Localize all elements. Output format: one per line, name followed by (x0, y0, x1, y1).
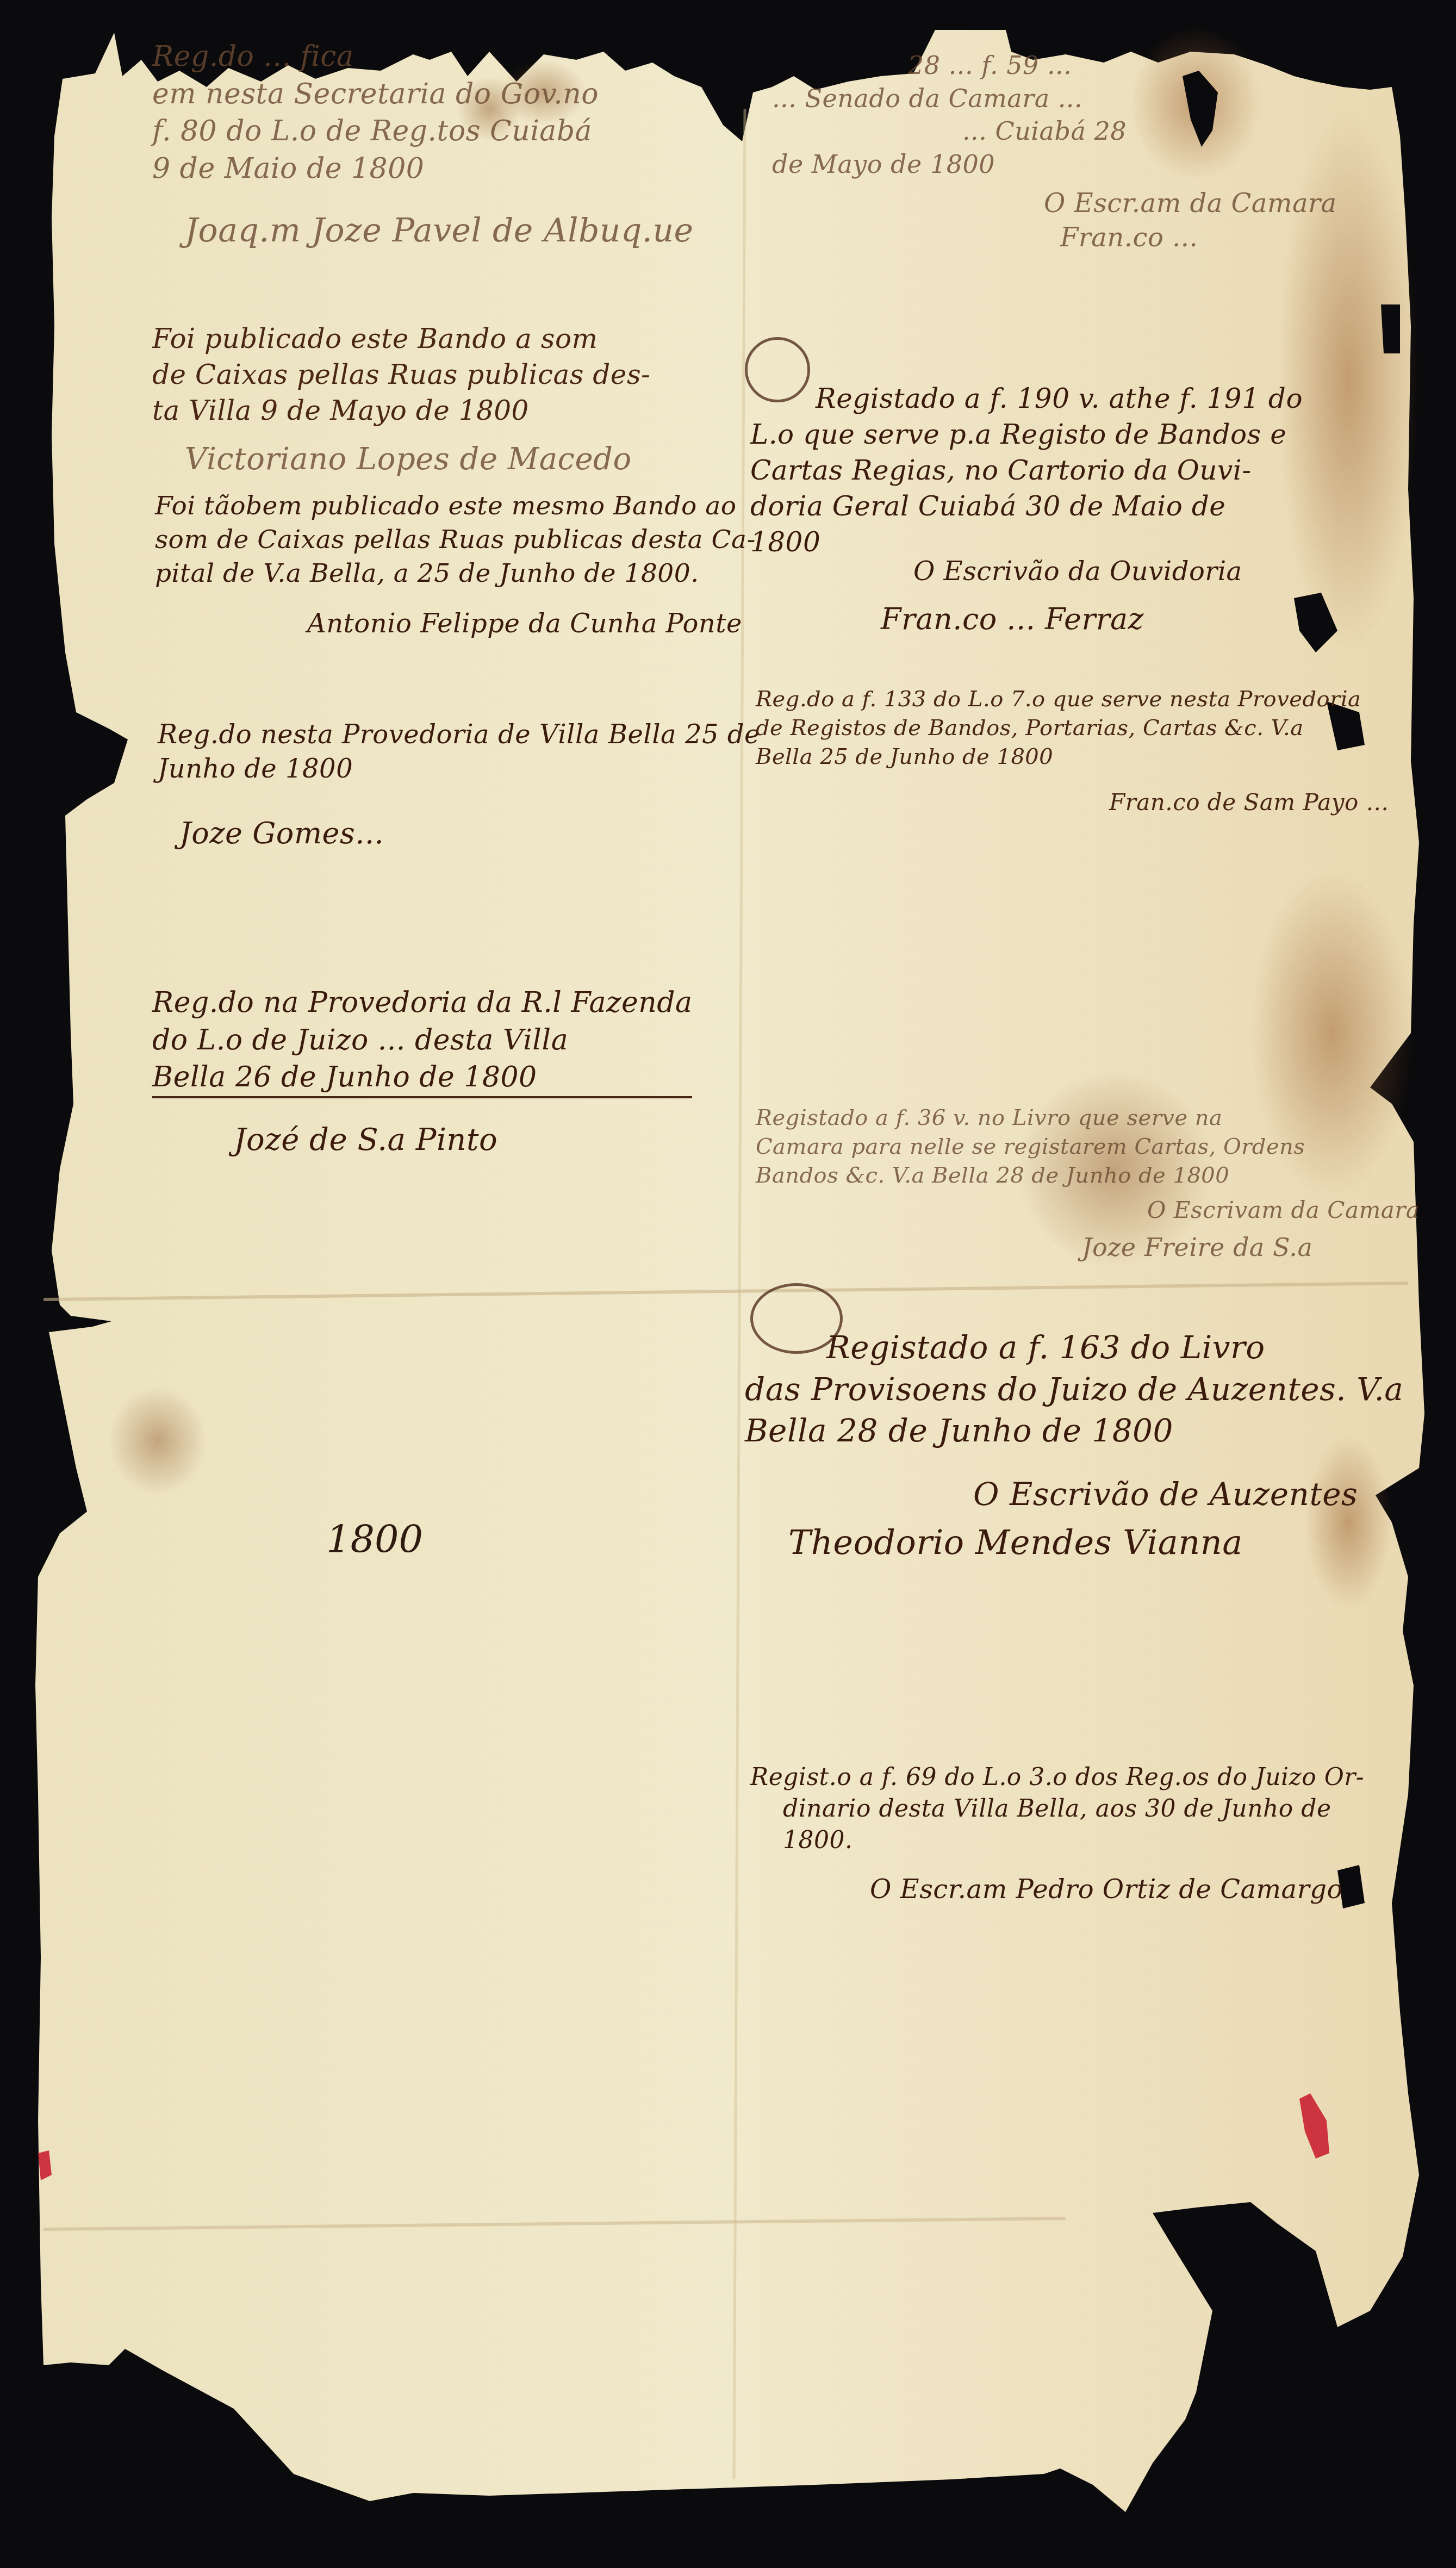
entry-line: Bella 28 de Junho de 1800 (745, 1410, 1403, 1452)
entry-line: Registado a f. 36 v. no Livro que serve … (756, 1104, 1420, 1133)
entry-line: das Provisoens do Juizo de Auzentes. V.a (745, 1369, 1403, 1410)
entry-line: Bandos &c. V.a Bella 28 de Junho de 1800 (756, 1161, 1420, 1190)
signature: O Escr.am Pedro Ortiz de Camargo (870, 1873, 1364, 1907)
entry-line: 1800. (783, 1825, 1364, 1856)
signature: Joaq.m Joze Pavel de Albuq.ue (185, 209, 694, 252)
entry-line: Foi publicado este Bando a som (152, 321, 650, 357)
entry-line: Regist.o a f. 69 do L.o 3.o dos Reg.os d… (750, 1762, 1364, 1793)
entry-line: Reg.do a f. 133 do L.o 7.o que serve nes… (756, 685, 1389, 714)
entry-line: pital de V.a Bella, a 25 de Junho de 180… (155, 557, 756, 590)
entry-line: ta Villa 9 de Mayo de 1800 (152, 393, 650, 428)
entry-line: ... Cuiabá 28 (962, 115, 1337, 148)
right-entry-juizo-ordinario: Regist.o a f. 69 do L.o 3.o dos Reg.os d… (750, 1762, 1364, 1907)
entry-line: Junho de 1800 (158, 752, 760, 786)
left-entry-provedoria-26-june: Reg.do na Provedoria da R.l Fazenda do L… (152, 984, 692, 1160)
entry-line: Registado a f. 190 v. athe f. 191 do (816, 381, 1303, 416)
right-entry-juizo-auzentes: Registado a f. 163 do Livro das Provisoe… (745, 1327, 1403, 1565)
signature-title: O Escrivam da Camara (1147, 1195, 1420, 1225)
left-entry-bando-published-june: Foi tãobem publicado este mesmo Bando ao… (155, 489, 756, 641)
right-entry-camara-registo: Registado a f. 36 v. no Livro que serve … (756, 1104, 1420, 1264)
left-entry-provedoria-25-june: Reg.do nesta Provedoria de Villa Bella 2… (158, 718, 760, 853)
signature: Fran.co ... Ferraz (881, 600, 1303, 638)
signature: Fran.co ... (1060, 221, 1337, 255)
entry-line: do L.o de Juizo ... desta Villa (152, 1022, 692, 1059)
entry-line: Cartas Regias, no Cartorio da Ouvi- (750, 452, 1303, 488)
entry-line: Registado a f. 163 do Livro (826, 1327, 1403, 1369)
signature: Jozé de S.a Pinto (234, 1120, 692, 1160)
entry-line: 9 de Maio de 1800 (152, 150, 694, 188)
entry-line: de Mayo de 1800 (772, 148, 1337, 181)
entry-line: de Registos de Bandos, Portarias, Cartas… (756, 714, 1389, 743)
entry-line: 28 ... f. 59 ... (908, 49, 1337, 82)
entry-line: Foi tãobem publicado este mesmo Bando ao (155, 489, 756, 523)
entry-line: em nesta Secretaria do Gov.no (152, 76, 694, 113)
signature-title: O Escr.am da Camara (1044, 186, 1337, 221)
entry-line: Bella 26 de Junho de 1800 (152, 1059, 692, 1098)
entry-line: de Caixas pellas Ruas publicas des- (152, 357, 650, 393)
entry-line: doria Geral Cuiabá 30 de Maio de (750, 488, 1303, 524)
right-entry-senado-camara: 28 ... f. 59 ... ... Senado da Camara ..… (772, 49, 1337, 256)
entry-line: f. 80 do L.o de Reg.tos Cuiabá (152, 113, 694, 150)
entry-line: Reg.do na Provedoria da R.l Fazenda (152, 984, 692, 1022)
left-entry-bando-published-may: Foi publicado este Bando a som de Caixas… (152, 321, 650, 480)
entry-line: Reg.do nesta Provedoria de Villa Bella 2… (158, 718, 760, 752)
signature-title: O Escrivão de Auzentes (973, 1473, 1403, 1515)
signature: Joze Freire da S.a (1082, 1231, 1420, 1264)
right-entry-provedoria-bandos: Reg.do a f. 133 do L.o 7.o que serve nes… (756, 685, 1389, 818)
entry-line: Reg.do ... fica (152, 38, 694, 76)
signature: Antonio Felippe da Cunha Ponte (307, 607, 756, 641)
signature: Fran.co de Sam Payo ... (1109, 787, 1389, 817)
entry-line: ... Senado da Camara ... (772, 82, 1337, 115)
year-note: 1800 (326, 1517, 423, 1562)
stain (109, 1386, 207, 1495)
entry-line: Bella 25 de Junho de 1800 (756, 743, 1389, 772)
entry-line: L.o que serve p.a Registo de Bandos e (750, 416, 1303, 452)
signature-title: O Escrivão da Ouvidoria (913, 555, 1303, 589)
signature: Theodorio Mendes Vianna (788, 1520, 1403, 1565)
entry-line: Camara para nelle se registarem Cartas, … (756, 1133, 1420, 1161)
hole (1381, 304, 1400, 353)
right-entry-ouvidoria: Registado a f. 190 v. athe f. 191 do L.o… (750, 381, 1303, 639)
left-entry-registration-cuiaba: Reg.do ... fica em nesta Secretaria do G… (152, 38, 694, 252)
entry-line: som de Caixas pellas Ruas publicas desta… (155, 523, 756, 557)
entry-line: dinario desta Villa Bella, aos 30 de Jun… (783, 1793, 1364, 1825)
signature: Victoriano Lopes de Macedo (185, 439, 650, 480)
signature: Joze Gomes... (179, 814, 760, 853)
